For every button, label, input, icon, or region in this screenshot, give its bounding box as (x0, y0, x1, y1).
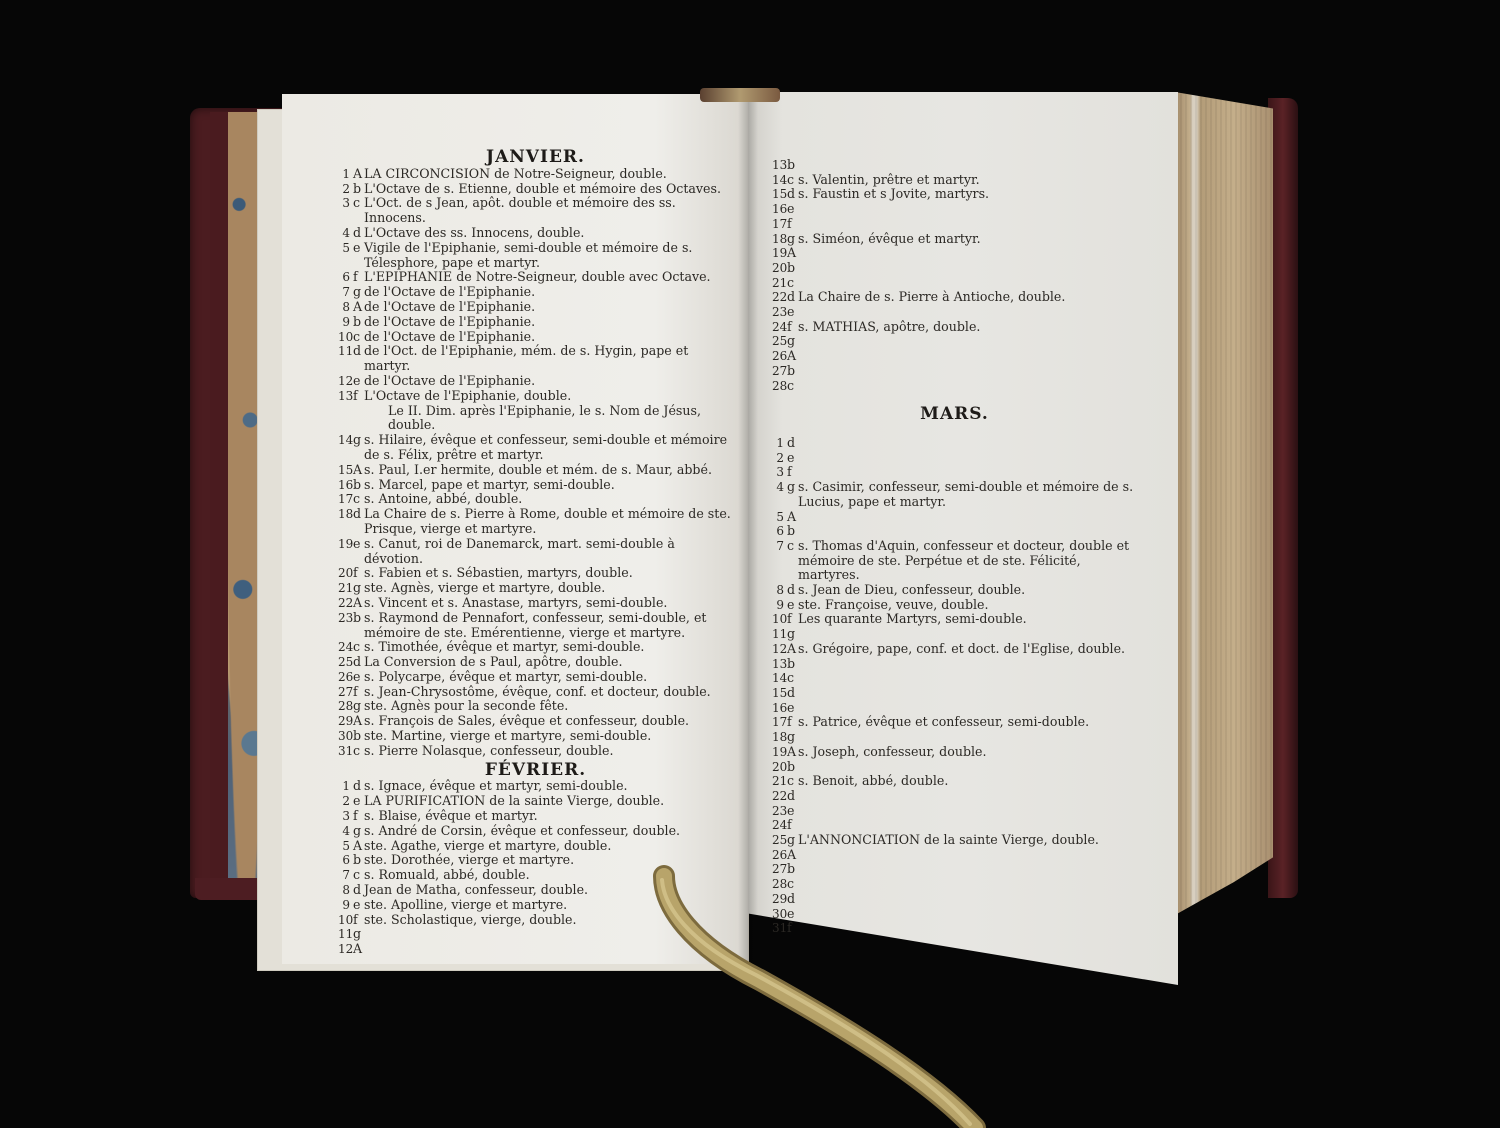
day-number: 6 (772, 524, 784, 539)
dominical-letter: A (787, 642, 798, 657)
feast-text (798, 818, 1137, 833)
feast-text (798, 436, 1137, 451)
dominical-letter: e (353, 794, 364, 809)
dominical-letter: d (353, 883, 364, 898)
day-number: 21 (772, 276, 784, 291)
feast-text: ste. Agathe, vierge et martyre, double. (364, 839, 733, 854)
feast-text: de l'Octave de l'Epiphanie. (364, 285, 733, 300)
dominical-letter: d (787, 892, 798, 907)
feast-text (798, 848, 1137, 863)
calendar-entry: 13b (772, 657, 1137, 672)
calendar-entry: 9este. Apolline, vierge et martyre. (338, 898, 733, 913)
calendar-entry: 12As. Grégoire, pape, conf. et doct. de … (772, 642, 1137, 657)
feast-text: ste. Apolline, vierge et martyre. (364, 898, 733, 913)
day-number: 8 (338, 300, 350, 315)
dominical-letter: c (787, 276, 798, 291)
day-number: 14 (772, 173, 784, 188)
calendar-entry: 12A (338, 942, 733, 957)
feast-text: Le II. Dim. après l'Epiphanie, le s. Nom… (388, 404, 733, 434)
feast-text: s. MATHIAS, apôtre, double. (798, 320, 1137, 335)
dominical-letter: b (787, 524, 798, 539)
calendar-entry: 26A (772, 349, 1137, 364)
feast-text: L'Octave de l'Epiphanie, double. (364, 389, 733, 404)
feast-text: L'Octave des ss. Innocens, double. (364, 226, 733, 241)
calendar-entry: 31cs. Pierre Nolasque, confesseur, doubl… (338, 744, 733, 759)
day-number: 1 (772, 436, 784, 451)
day-number: 3 (338, 196, 350, 226)
feast-text: s. Raymond de Pennafort, confesseur, sem… (364, 611, 733, 641)
feast-text (798, 276, 1137, 291)
day-number: 18 (772, 232, 784, 247)
feast-text: s. André de Corsin, évêque et confesseur… (364, 824, 733, 839)
feast-text: s. Grégoire, pape, conf. et doct. de l'E… (798, 642, 1137, 657)
calendar-entry: 2e (772, 451, 1137, 466)
dominical-letter: f (787, 465, 798, 480)
calendar-entry: 4gs. André de Corsin, évêque et confesse… (338, 824, 733, 839)
calendar-entry: 28c (772, 379, 1137, 394)
feast-text (798, 760, 1137, 775)
dominical-letter: d (787, 187, 798, 202)
calendar-entry: 5A (772, 510, 1137, 525)
feast-text (798, 305, 1137, 320)
day-number: 18 (338, 507, 350, 537)
dominical-letter: c (353, 330, 364, 345)
day-number: 8 (772, 583, 784, 598)
feast-text (798, 349, 1137, 364)
day-number: 26 (772, 349, 784, 364)
day-number: 24 (772, 818, 784, 833)
dominical-letter: e (353, 374, 364, 389)
feast-text: s. Casimir, confesseur, semi-double et m… (798, 480, 1137, 509)
day-number: 7 (338, 285, 350, 300)
day-number: 22 (772, 290, 784, 305)
feast-text: de l'Octave de l'Epiphanie. (364, 374, 733, 389)
calendar-entry: 22As. Vincent et s. Anastase, martyrs, s… (338, 596, 733, 611)
calendar-entry: 31f (772, 921, 1137, 936)
feast-text: LA CIRCONCISION de Notre-Seigneur, doubl… (364, 167, 733, 182)
day-number: 14 (338, 433, 350, 463)
dominical-letter: A (353, 714, 364, 729)
calendar-entry: 5eVigile de l'Epiphanie, semi-double et … (338, 241, 733, 271)
month-heading-janvier: JANVIER. (338, 150, 733, 165)
day-number: 16 (772, 701, 784, 716)
day-number: 4 (772, 480, 784, 509)
calendar-entry: 1d (772, 436, 1137, 451)
dominical-letter: c (787, 379, 798, 394)
feast-text: s. Patrice, évêque et confesseur, semi-d… (798, 715, 1137, 730)
day-number: 21 (338, 581, 350, 596)
day-number: 11 (338, 344, 350, 374)
calendar-entry: 15As. Paul, I.er hermite, double et mém.… (338, 463, 733, 478)
calendar-entry: 1ALA CIRCONCISION de Notre-Seigneur, dou… (338, 167, 733, 182)
calendar-entry: 14cs. Valentin, prêtre et martyr. (772, 173, 1137, 188)
day-number: 22 (338, 596, 350, 611)
calendar-entry: 18dLa Chaire de s. Pierre à Rome, double… (338, 507, 733, 537)
feast-text (798, 701, 1137, 716)
dominical-letter: c (353, 196, 364, 226)
calendar-entry: 20b (772, 261, 1137, 276)
calendar-entry: Le II. Dim. après l'Epiphanie, le s. Nom… (338, 404, 733, 434)
dominical-letter: g (353, 581, 364, 596)
day-number: 10 (338, 913, 350, 928)
calendar-entry: 13fL'Octave de l'Epiphanie, double. (338, 389, 733, 404)
day-number: 9 (338, 315, 350, 330)
feast-text (798, 921, 1137, 936)
feast-text: ste. Dorothée, vierge et martyre. (364, 853, 733, 868)
calendar-entry: 7gde l'Octave de l'Epiphanie. (338, 285, 733, 300)
dominical-letter: e (787, 451, 798, 466)
calendar-entry: 24fs. MATHIAS, apôtre, double. (772, 320, 1137, 335)
day-number: 15 (772, 187, 784, 202)
right-page-text: 13b14cs. Valentin, prêtre et martyr.15ds… (772, 158, 1137, 936)
fevrier-list: 1ds. Ignace, évêque et martyr, semi-doub… (338, 779, 733, 957)
calendar-entry: 26A (772, 848, 1137, 863)
dominical-letter: e (787, 907, 798, 922)
dominical-letter: e (787, 202, 798, 217)
calendar-entry: 16e (772, 701, 1137, 716)
dominical-letter: A (353, 463, 364, 478)
dominical-letter: c (787, 671, 798, 686)
feast-text: s. Ignace, évêque et martyr, semi-double… (364, 779, 733, 794)
dominical-letter: b (353, 853, 364, 868)
dominical-letter: f (787, 715, 798, 730)
day-number: 7 (772, 539, 784, 583)
dominical-letter: f (353, 270, 364, 285)
feast-text: s. Timothée, évêque et martyr, semi-doub… (364, 640, 733, 655)
calendar-entry: 21cs. Benoit, abbé, double. (772, 774, 1137, 789)
calendar-entry: 23e (772, 804, 1137, 819)
day-number: 10 (772, 612, 784, 627)
calendar-entry: 17cs. Antoine, abbé, double. (338, 492, 733, 507)
dominical-letter: f (787, 320, 798, 335)
dominical-letter: b (353, 729, 364, 744)
dominical-letter: A (353, 300, 364, 315)
feast-text (798, 524, 1137, 539)
feast-text (798, 158, 1137, 173)
feast-text (798, 877, 1137, 892)
feast-text (798, 451, 1137, 466)
feast-text: ste. Françoise, veuve, double. (798, 598, 1137, 613)
dominical-letter: c (787, 774, 798, 789)
feast-text: s. Pierre Nolasque, confesseur, double. (364, 744, 733, 759)
dominical-letter: d (353, 226, 364, 241)
dominical-letter: c (787, 173, 798, 188)
feast-text: s. Valentin, prêtre et martyr. (798, 173, 1137, 188)
calendar-entry: 25g (772, 334, 1137, 349)
day-number: 12 (338, 942, 350, 957)
dominical-letter: c (353, 868, 364, 883)
dominical-letter: c (787, 877, 798, 892)
calendar-entry: 7cs. Thomas d'Aquin, confesseur et docte… (772, 539, 1137, 583)
day-number: 9 (338, 898, 350, 913)
dominical-letter: g (353, 927, 364, 942)
dominical-letter: b (787, 158, 798, 173)
feast-text (798, 862, 1137, 877)
feast-text: LA PURIFICATION de la sainte Vierge, dou… (364, 794, 733, 809)
calendar-entry: 15d (772, 686, 1137, 701)
day-number: 25 (772, 833, 784, 848)
calendar-entry: 10cde l'Octave de l'Epiphanie. (338, 330, 733, 345)
day-number: 27 (772, 364, 784, 379)
calendar-entry: 27b (772, 862, 1137, 877)
day-number: 10 (338, 330, 350, 345)
dominical-letter: f (787, 217, 798, 232)
calendar-entry: 24cs. Timothée, évêque et martyr, semi-d… (338, 640, 733, 655)
calendar-entry: 3cL'Oct. de s Jean, apôt. double et mémo… (338, 196, 733, 226)
calendar-entry: 21c (772, 276, 1137, 291)
day-number: 18 (772, 730, 784, 745)
dominical-letter: g (787, 480, 798, 509)
feast-text: L'ANNONCIATION de la sainte Vierge, doub… (798, 833, 1137, 848)
calendar-entry: 9este. Françoise, veuve, double. (772, 598, 1137, 613)
dominical-letter: g (353, 433, 364, 463)
feast-text: L'EPIPHANIE de Notre-Seigneur, double av… (364, 270, 733, 285)
calendar-entry: 14gs. Hilaire, évêque et confesseur, sem… (338, 433, 733, 463)
day-number: 12 (338, 374, 350, 389)
feast-text (364, 942, 733, 957)
dominical-letter: e (787, 305, 798, 320)
feast-text: L'Oct. de s Jean, apôt. double et mémoir… (364, 196, 733, 226)
feast-text (798, 657, 1137, 672)
dominical-letter: d (787, 789, 798, 804)
feast-text: s. Fabien et s. Sébastien, martyrs, doub… (364, 566, 733, 581)
dominical-letter: c (787, 539, 798, 583)
mars-list: 1d2e3f4gs. Casimir, confesseur, semi-dou… (772, 436, 1137, 936)
feast-text: s. Faustin et s Jovite, martyrs. (798, 187, 1137, 202)
calendar-entry: 19As. Joseph, confesseur, double. (772, 745, 1137, 760)
feast-text (798, 364, 1137, 379)
left-page-text: JANVIER. 1ALA CIRCONCISION de Notre-Seig… (338, 150, 733, 957)
feast-text (798, 627, 1137, 642)
calendar-entry: 25dLa Conversion de s Paul, apôtre, doub… (338, 655, 733, 670)
day-number: 6 (338, 853, 350, 868)
feast-text: Jean de Matha, confesseur, double. (364, 883, 733, 898)
dominical-letter: g (353, 285, 364, 300)
dominical-letter: b (353, 478, 364, 493)
day-number: 11 (772, 627, 784, 642)
calendar-entry: 10fLes quarante Martyrs, semi-double. (772, 612, 1137, 627)
feast-text: s. Jean-Chrysostôme, évêque, conf. et do… (364, 685, 733, 700)
month-heading-fevrier: FÉVRIER. (338, 763, 733, 778)
dominical-letter: A (787, 510, 798, 525)
day-number: 5 (338, 839, 350, 854)
day-number: 23 (772, 804, 784, 819)
day-number: 30 (338, 729, 350, 744)
dominical-letter: e (787, 804, 798, 819)
calendar-entry: 6bste. Dorothée, vierge et martyre. (338, 853, 733, 868)
feast-text: s. Jean de Dieu, confesseur, double. (798, 583, 1137, 598)
feast-text (798, 892, 1137, 907)
day-number: 29 (338, 714, 350, 729)
day-number: 26 (338, 670, 350, 685)
day-number: 17 (338, 492, 350, 507)
day-number: 4 (338, 824, 350, 839)
feast-text: de l'Octave de l'Epiphanie. (364, 300, 733, 315)
dominical-letter: b (787, 657, 798, 672)
calendar-entry: 27fs. Jean-Chrysostôme, évêque, conf. et… (338, 685, 733, 700)
feast-text: ste. Martine, vierge et martyre, semi-do… (364, 729, 733, 744)
day-number: 8 (338, 883, 350, 898)
dominical-letter: d (353, 779, 364, 794)
dominical-letter: A (353, 596, 364, 611)
calendar-entry: 25gL'ANNONCIATION de la sainte Vierge, d… (772, 833, 1137, 848)
feast-text (798, 334, 1137, 349)
calendar-entry: 18gs. Siméon, évêque et martyr. (772, 232, 1137, 247)
calendar-entry: 11dde l'Oct. de l'Epiphanie, mém. de s. … (338, 344, 733, 374)
feast-text: s. Vincent et s. Anastase, martyrs, semi… (364, 596, 733, 611)
feast-text (798, 730, 1137, 745)
day-number: 16 (772, 202, 784, 217)
calendar-entry: 11g (772, 627, 1137, 642)
feast-text (798, 217, 1137, 232)
dominical-letter: d (353, 344, 364, 374)
calendar-entry: 22d (772, 789, 1137, 804)
calendar-entry: 29d (772, 892, 1137, 907)
dominical-letter: b (353, 182, 364, 197)
feast-text: s. Romuald, abbé, double. (364, 868, 733, 883)
day-number: 20 (772, 760, 784, 775)
day-number: 6 (338, 270, 350, 285)
calendar-entry: 19es. Canut, roi de Danemarck, mart. sem… (338, 537, 733, 567)
day-number: 28 (772, 877, 784, 892)
dominical-letter: A (787, 848, 798, 863)
calendar-entry: 11g (338, 927, 733, 942)
day-number: 22 (772, 789, 784, 804)
dominical-letter: b (787, 760, 798, 775)
day-number: 20 (338, 566, 350, 581)
calendar-entry: 5Aste. Agathe, vierge et martyre, double… (338, 839, 733, 854)
feast-text (364, 927, 733, 942)
dominical-letter: e (353, 898, 364, 913)
feast-text (798, 465, 1137, 480)
dominical-letter: e (353, 241, 364, 271)
calendar-entry: 3fs. Blaise, évêque et martyr. (338, 809, 733, 824)
day-number: 9 (772, 598, 784, 613)
day-number: 29 (772, 892, 784, 907)
day-number: 30 (772, 907, 784, 922)
dominical-letter: b (353, 315, 364, 330)
dominical-letter: A (353, 839, 364, 854)
calendar-entry: 16e (772, 202, 1137, 217)
day-number: 13 (772, 158, 784, 173)
dominical-letter: e (787, 701, 798, 716)
calendar-entry: 30bste. Martine, vierge et martyre, semi… (338, 729, 733, 744)
dominical-letter: f (787, 612, 798, 627)
dominical-letter: e (787, 598, 798, 613)
day-number: 12 (772, 642, 784, 657)
calendar-entry: 10fste. Scholastique, vierge, double. (338, 913, 733, 928)
feast-text: s. Blaise, évêque et martyr. (364, 809, 733, 824)
feast-text: La Chaire de s. Pierre à Antioche, doubl… (798, 290, 1137, 305)
dominical-letter: d (787, 686, 798, 701)
dominical-letter: e (353, 537, 364, 567)
calendar-entry: 20fs. Fabien et s. Sébastien, martyrs, d… (338, 566, 733, 581)
feast-text: s. Thomas d'Aquin, confesseur et docteur… (798, 539, 1137, 583)
dominical-letter: f (353, 685, 364, 700)
dominical-letter: b (787, 364, 798, 379)
feast-text (798, 202, 1137, 217)
fevrier-continued-list: 13b14cs. Valentin, prêtre et martyr.15ds… (772, 158, 1137, 393)
dominical-letter: A (787, 349, 798, 364)
page-fore-edge (1175, 92, 1273, 915)
feast-text: L'Octave de s. Etienne, double et mémoir… (364, 182, 733, 197)
dominical-letter: e (353, 670, 364, 685)
dominical-letter: g (353, 699, 364, 714)
feast-text (798, 261, 1137, 276)
dominical-letter: f (353, 913, 364, 928)
day-number: 14 (772, 671, 784, 686)
calendar-entry: 12ede l'Octave de l'Epiphanie. (338, 374, 733, 389)
feast-text: s. Siméon, évêque et martyr. (798, 232, 1137, 247)
day-number: 3 (772, 465, 784, 480)
day-number: 5 (338, 241, 350, 271)
dominical-letter: f (353, 809, 364, 824)
calendar-entry: 2bL'Octave de s. Etienne, double et mémo… (338, 182, 733, 197)
dominical-letter: d (787, 436, 798, 451)
calendar-entry: 14c (772, 671, 1137, 686)
feast-text: de l'Octave de l'Epiphanie. (364, 315, 733, 330)
book-gutter (738, 92, 758, 972)
calendar-entry: 8ds. Jean de Dieu, confesseur, double. (772, 583, 1137, 598)
day-number: 3 (338, 809, 350, 824)
calendar-entry: 23e (772, 305, 1137, 320)
feast-text (798, 379, 1137, 394)
calendar-entry: 3f (772, 465, 1137, 480)
day-number: 25 (772, 334, 784, 349)
feast-text (798, 510, 1137, 525)
calendar-entry: 8dJean de Matha, confesseur, double. (338, 883, 733, 898)
feast-text: ste. Agnès pour la seconde fête. (364, 699, 733, 714)
feast-text: La Chaire de s. Pierre à Rome, double et… (364, 507, 733, 537)
day-number: 23 (338, 611, 350, 641)
day-number: 13 (772, 657, 784, 672)
calendar-entry: 26es. Polycarpe, évêque et martyr, semi-… (338, 670, 733, 685)
day-number: 7 (338, 868, 350, 883)
dominical-letter: f (787, 818, 798, 833)
dominical-letter: b (787, 261, 798, 276)
day-number: 15 (772, 686, 784, 701)
calendar-entry: 6fL'EPIPHANIE de Notre-Seigneur, double … (338, 270, 733, 285)
feast-text: s. Antoine, abbé, double. (364, 492, 733, 507)
dominical-letter: f (353, 389, 364, 404)
day-number: 27 (772, 862, 784, 877)
feast-text: ste. Agnès, vierge et martyre, double. (364, 581, 733, 596)
dominical-letter: c (353, 640, 364, 655)
calendar-entry: 19A (772, 246, 1137, 261)
calendar-entry: 1ds. Ignace, évêque et martyr, semi-doub… (338, 779, 733, 794)
dominical-letter: d (787, 290, 798, 305)
day-number: 11 (338, 927, 350, 942)
day-number: 2 (338, 182, 350, 197)
calendar-entry: 4dL'Octave des ss. Innocens, double. (338, 226, 733, 241)
calendar-entry: 29As. François de Sales, évêque et confe… (338, 714, 733, 729)
calendar-entry: 28c (772, 877, 1137, 892)
day-number: 31 (338, 744, 350, 759)
day-number: 2 (338, 794, 350, 809)
feast-text (798, 804, 1137, 819)
calendar-entry: 18g (772, 730, 1137, 745)
month-heading-mars: MARS. (772, 407, 1137, 422)
feast-text: s. Benoit, abbé, double. (798, 774, 1137, 789)
day-number: 19 (772, 246, 784, 261)
feast-text (798, 789, 1137, 804)
dominical-letter: f (353, 566, 364, 581)
feast-text: s. François de Sales, évêque et confesse… (364, 714, 733, 729)
feast-text: ste. Scholastique, vierge, double. (364, 913, 733, 928)
feast-text: s. Polycarpe, évêque et martyr, semi-dou… (364, 670, 733, 685)
calendar-entry: 24f (772, 818, 1137, 833)
feast-text (798, 671, 1137, 686)
